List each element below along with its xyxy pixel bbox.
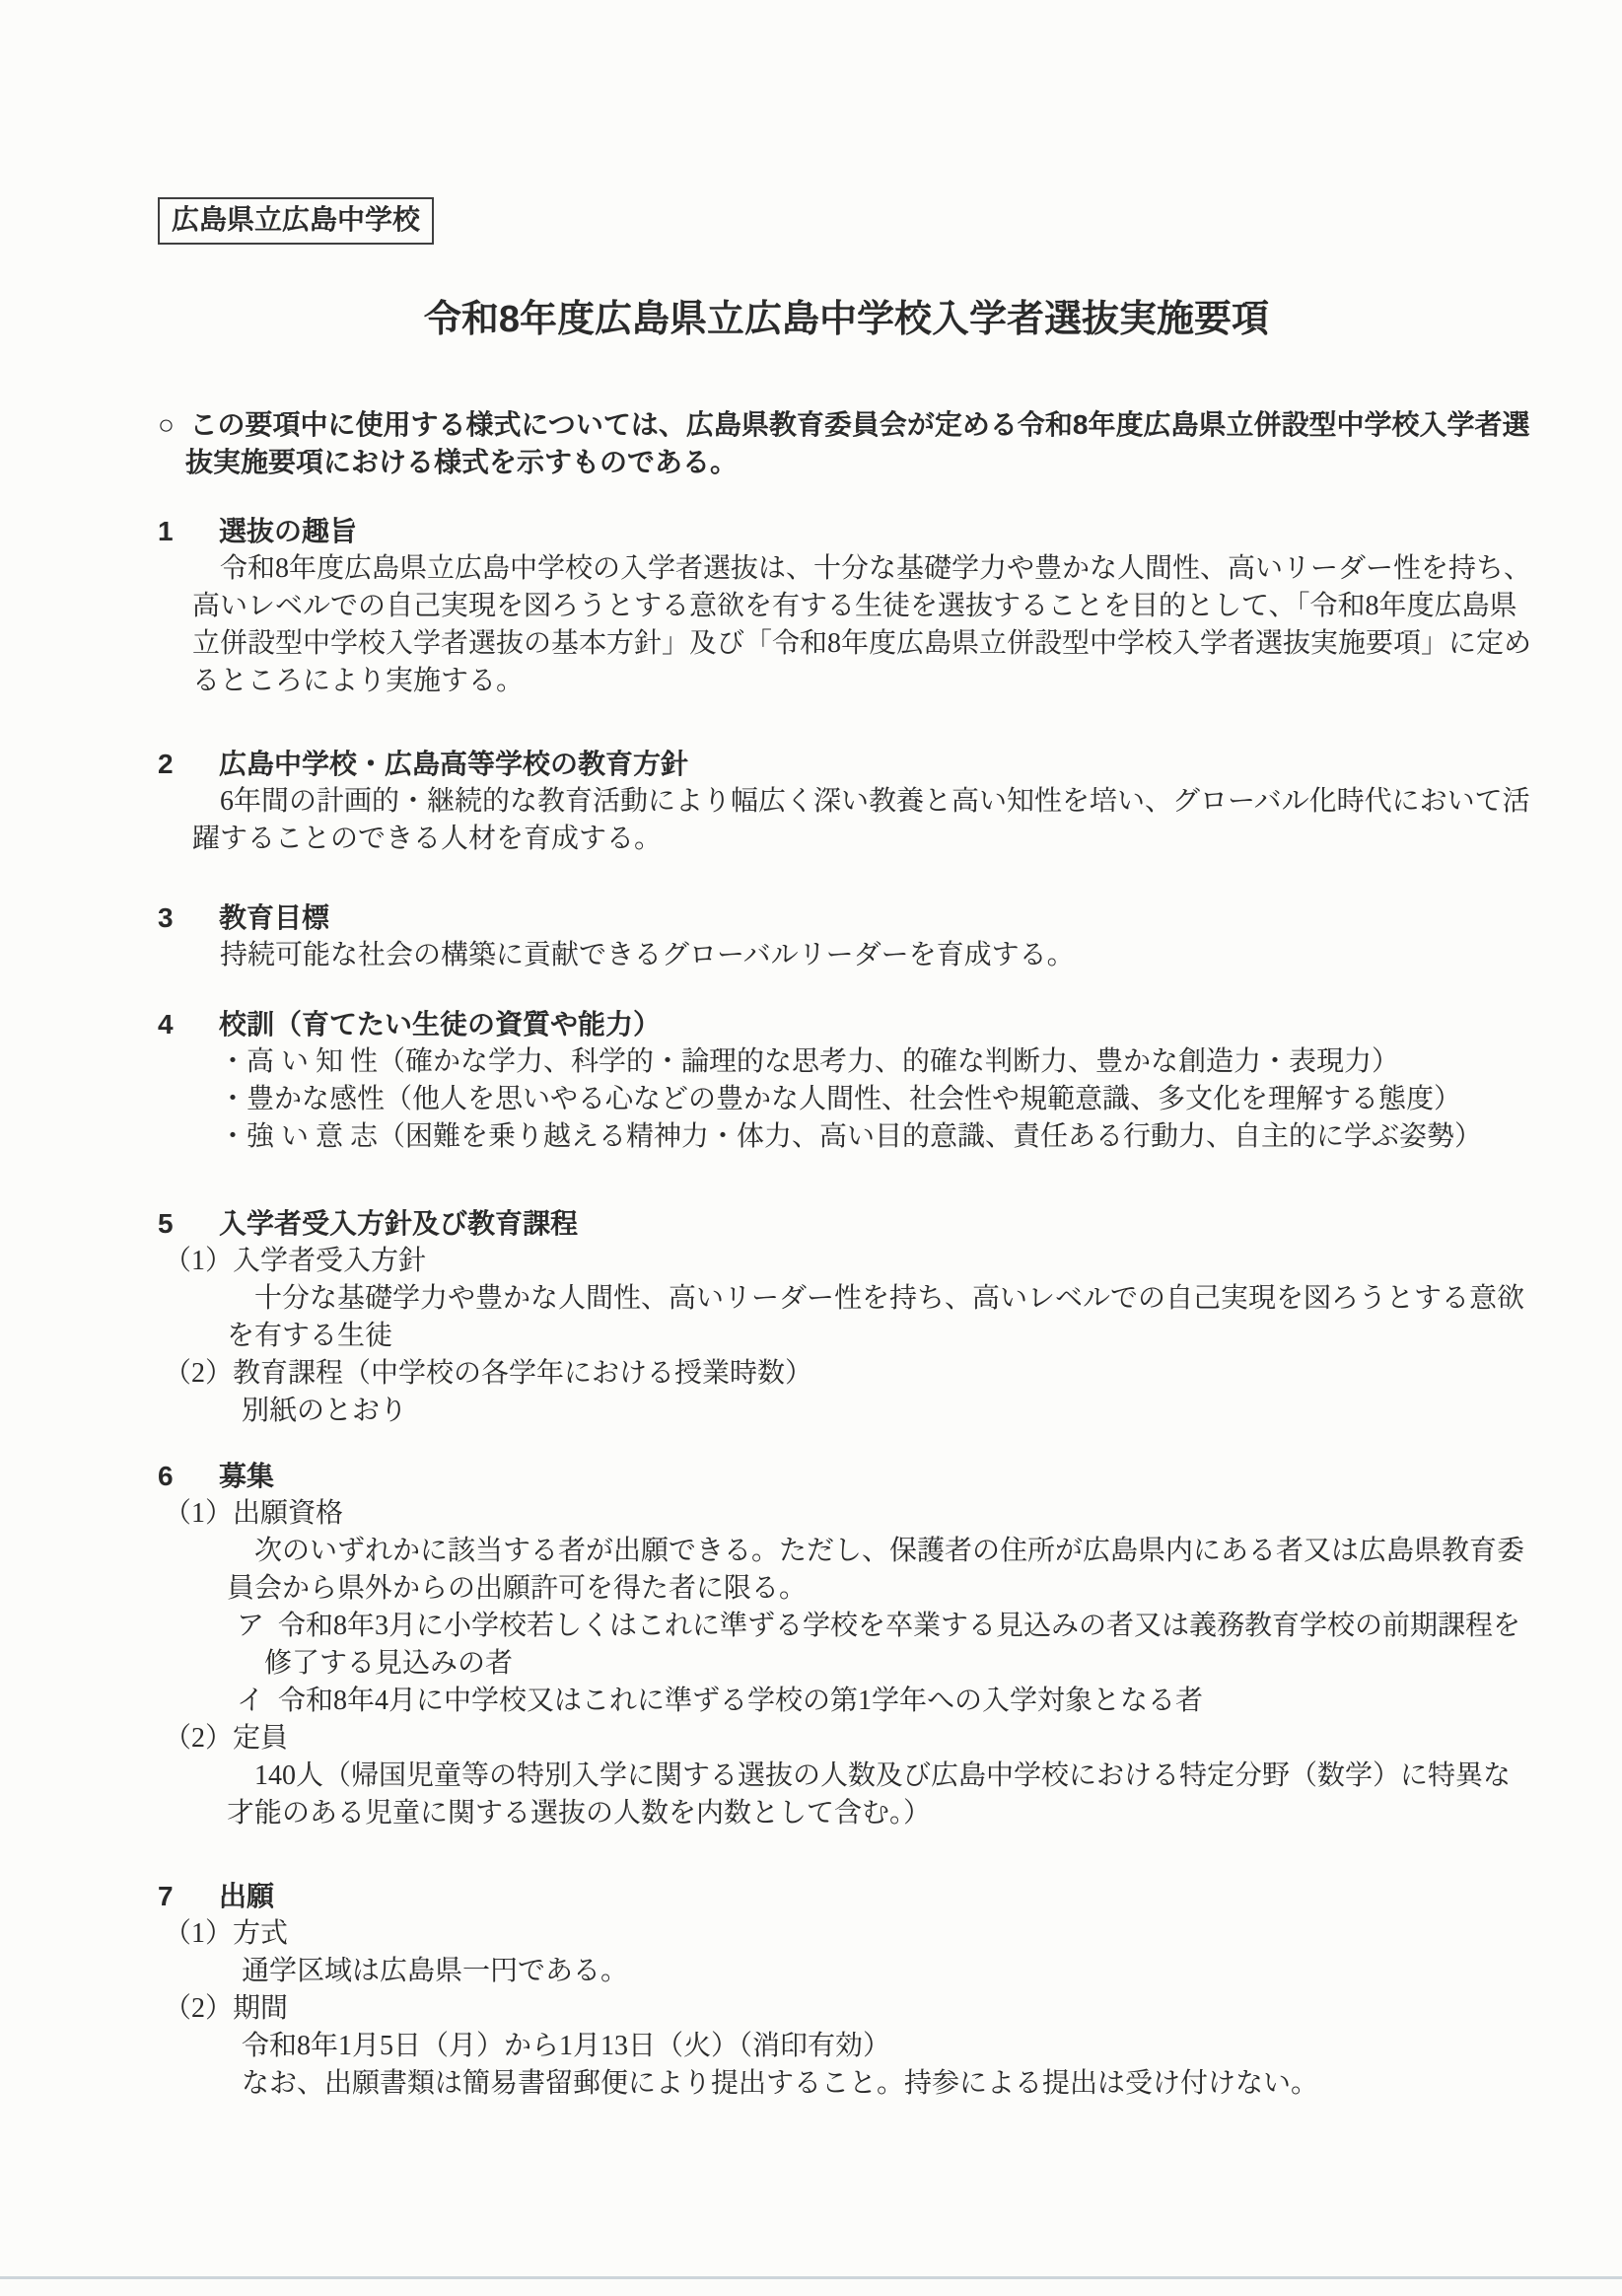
section-heading: 3 教育目標 [158, 899, 1535, 937]
section-title: 選抜の趣旨 [219, 513, 1535, 550]
section-number: 5 [158, 1205, 219, 1243]
section-paragraph: 令和8年度広島県立広島中学校の入学者選抜は、十分な基礎学力や豊かな人間性、高いリ… [192, 550, 1535, 700]
section-admission-policy-curriculum: 5 入学者受入方針及び教育課程 （1）入学者受入方針 十分な基礎学力や豊かな人間… [158, 1205, 1535, 1430]
eligibility-item-a: ア 令和8年3月に小学校若しくはこれに準ずる学校を卒業する見込みの者又は義務教育… [237, 1608, 1535, 1683]
motto-bullet-intellect: ・高 い 知 性（確かな学力、科学的・論理的な思考力、的確な判断力、豊かな創造力… [219, 1043, 1535, 1081]
subitem-label: （2）期間 [164, 1990, 1535, 2028]
section-number: 4 [158, 1006, 219, 1043]
scan-artifact-line [0, 2276, 1622, 2279]
section-recruitment: 6 募集 （1）出願資格 次のいずれかに該当する者が出願できる。ただし、保護者の… [158, 1458, 1535, 1832]
subitem-label: （1）方式 [164, 1915, 1535, 1953]
section-heading: 6 募集 [158, 1458, 1535, 1495]
application-note: なお、出願書類は簡易書留郵便により提出すること。持参による提出は受け付けない。 [242, 2065, 1535, 2103]
section-heading: 7 出願 [158, 1878, 1535, 1915]
subitem-body: 十分な基礎学力や豊かな人間性、高いリーダー性を持ち、高いレベルでの自己実現を図ろ… [227, 1280, 1535, 1355]
subitem-label: （2）定員 [164, 1720, 1535, 1758]
notice-paragraph: ○ この要項中に使用する様式については、広島県教育委員会が定める令和8年度広島県… [158, 406, 1535, 481]
section-heading: 1 選抜の趣旨 [158, 513, 1535, 550]
motto-bullet-sensitivity: ・豊かな感性（他人を思いやる心などの豊かな人間性、社会性や規範意識、多文化を理解… [219, 1081, 1535, 1118]
section-title: 教育目標 [219, 899, 1535, 937]
section-number: 7 [158, 1878, 219, 1915]
section-number: 1 [158, 513, 219, 550]
school-label: 広島県立広島中学校 [172, 204, 420, 235]
subitem-label: （2）教育課程（中学校の各学年における授業時数） [164, 1355, 1535, 1393]
eligibility-item-i: イ 令和8年4月に中学校又はこれに準ずる学校の第1学年への入学対象となる者 [237, 1683, 1535, 1720]
section-heading: 4 校訓（育てたい生徒の資質や能力） [158, 1006, 1535, 1043]
section-heading: 5 入学者受入方針及び教育課程 [158, 1205, 1535, 1243]
section-title: 校訓（育てたい生徒の資質や能力） [219, 1006, 1535, 1043]
subitem-label: （1）入学者受入方針 [164, 1243, 1535, 1280]
section-selection-purpose: 1 選抜の趣旨 令和8年度広島県立広島中学校の入学者選抜は、十分な基礎学力や豊か… [158, 513, 1535, 700]
section-title: 募集 [219, 1458, 1535, 1495]
section-paragraph: 持続可能な社会の構築に貢献できるグローバルリーダーを育成する。 [192, 937, 1535, 974]
section-application: 7 出願 （1）方式 通学区域は広島県一円である。 （2）期間 令和8年1月5日… [158, 1878, 1535, 2103]
section-number: 6 [158, 1458, 219, 1495]
subitem-body: 通学区域は広島県一円である。 [242, 1953, 1535, 1990]
section-education-goal: 3 教育目標 持続可能な社会の構築に貢献できるグローバルリーダーを育成する。 [158, 899, 1535, 974]
school-label-box: 広島県立広島中学校 [158, 197, 434, 245]
subitem-body: 140人（帰国児童等の特別入学に関する選抜の人数及び広島中学校における特定分野（… [227, 1758, 1535, 1832]
subitem-body: 別紙のとおり [242, 1393, 1535, 1430]
document-page: 広島県立広島中学校 令和8年度広島県立広島中学校入学者選抜実施要項 ○ この要項… [0, 0, 1622, 2296]
application-period: 令和8年1月5日（月）から1月13日（火）（消印有効） [242, 2028, 1535, 2065]
section-number: 2 [158, 746, 219, 783]
section-education-policy: 2 広島中学校・広島高等学校の教育方針 6年間の計画的・継続的な教育活動により幅… [158, 746, 1535, 858]
motto-bullet-will: ・強 い 意 志（困難を乗り越える精神力・体力、高い目的意識、責任ある行動力、自… [219, 1118, 1535, 1156]
section-title: 出願 [219, 1878, 1535, 1915]
section-school-motto: 4 校訓（育てたい生徒の資質や能力） ・高 い 知 性（確かな学力、科学的・論理… [158, 1006, 1535, 1156]
section-title: 入学者受入方針及び教育課程 [219, 1205, 1535, 1243]
document-title: 令和8年度広島県立広島中学校入学者選抜実施要項 [158, 296, 1535, 343]
subitem-body: 次のいずれかに該当する者が出願できる。ただし、保護者の住所が広島県内にある者又は… [227, 1533, 1535, 1608]
section-paragraph: 6年間の計画的・継続的な教育活動により幅広く深い教養と高い知性を培い、グローバル… [192, 783, 1535, 858]
section-heading: 2 広島中学校・広島高等学校の教育方針 [158, 746, 1535, 783]
section-number: 3 [158, 899, 219, 937]
subitem-label: （1）出願資格 [164, 1495, 1535, 1533]
section-title: 広島中学校・広島高等学校の教育方針 [219, 746, 1535, 783]
